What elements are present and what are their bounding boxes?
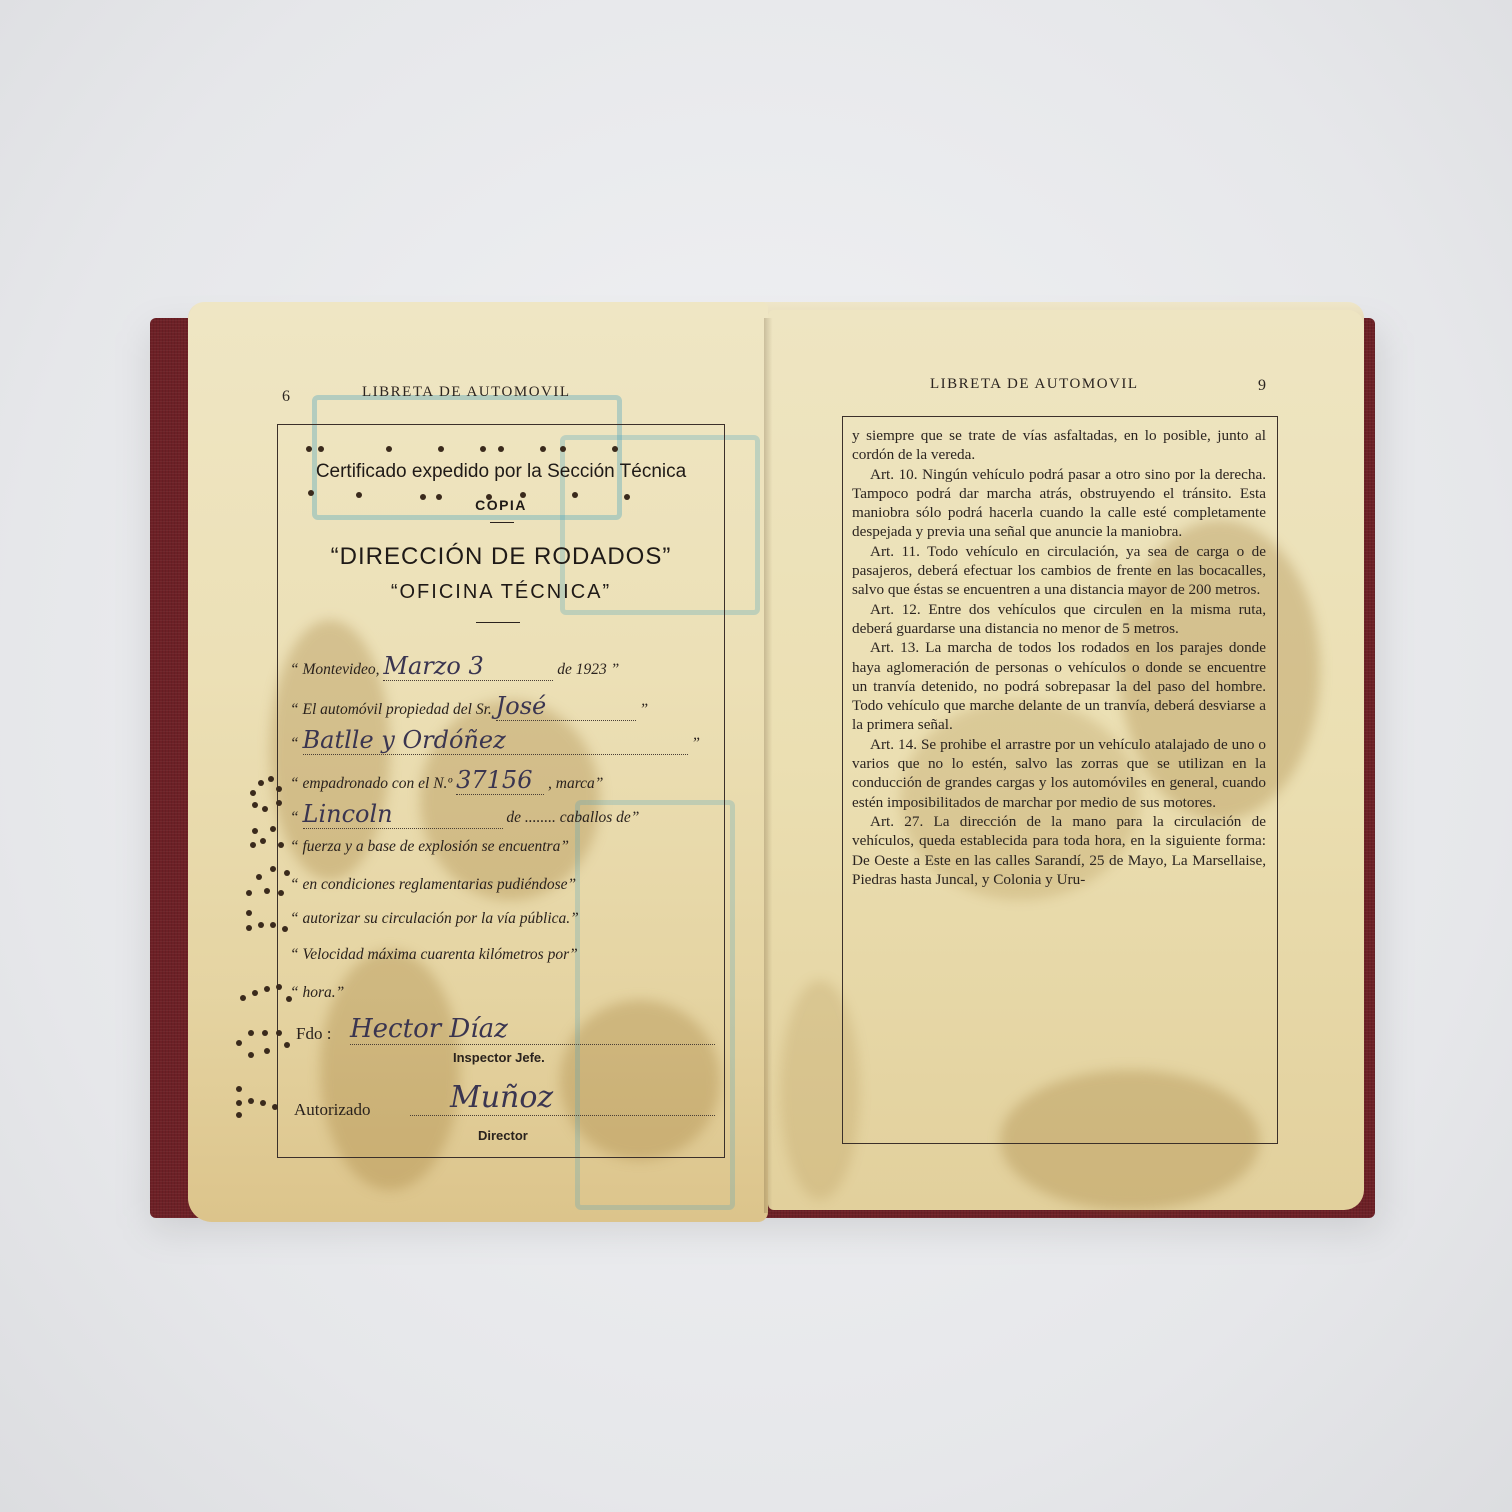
handwritten-surname: Batlle y Ordóñez: [303, 726, 688, 755]
handwritten-first-name: José: [496, 692, 636, 721]
article-11: Art. 11. Todo vehículo en circulación, y…: [852, 542, 1266, 600]
running-head: LIBRETA DE AUTOMOVIL: [930, 376, 1139, 393]
form-line: “ hora.”: [290, 984, 344, 1002]
form-line-make: “ Lincoln de ........ caballos de”: [290, 800, 639, 829]
divider: [476, 622, 520, 623]
regulations-text: y siempre que se trate de vías asfaltada…: [852, 426, 1266, 889]
form-line-date: “ Montevideo, Marzo 3 de 1923 ”: [290, 652, 619, 681]
form-line: “ en condiciones reglamentarias pudiéndo…: [290, 876, 576, 894]
copy-label: COPIA: [278, 497, 724, 513]
certificate-issuer: Certificado expedido por la Sección Técn…: [278, 461, 724, 483]
running-head: LIBRETA DE AUTOMOVIL: [362, 384, 571, 401]
director-signature: Muñoz: [410, 1080, 715, 1116]
inspector-signature: Hector Díaz: [350, 1014, 715, 1045]
form-line-owner-surname: “ Batlle y Ordóñez ”: [290, 726, 700, 755]
form-line: “ fuerza y a base de explosión se encuen…: [290, 838, 569, 856]
inspector-role: Inspector Jefe.: [453, 1050, 545, 1065]
page-number: 9: [1258, 377, 1266, 395]
page-number: 6: [282, 388, 290, 406]
book-gutter: [764, 318, 778, 1213]
form-line-speed-limit: “ Velocidad máxima cuarenta kilómetros p…: [290, 946, 578, 964]
authorized-label: Autorizado: [294, 1100, 370, 1120]
divider: [490, 522, 514, 523]
handwritten-registration-number: 37156: [456, 766, 544, 795]
article-14: Art. 14. Se prohibe el arrastre por un v…: [852, 735, 1266, 812]
signed-label: Fdo :: [296, 1024, 331, 1044]
form-line-registration: “ empadronado con el N.º 37156 , marca”: [290, 766, 603, 795]
article-27: Art. 27. La dirección de la mano para la…: [852, 812, 1266, 889]
article-13: Art. 13. La marcha de todos los rodados …: [852, 638, 1266, 734]
form-line: “ autorizar su circulación por la vía pú…: [290, 910, 579, 928]
paragraph-continuation: y siempre que se trate de vías asfaltada…: [852, 426, 1266, 465]
handwritten-date: Marzo 3: [383, 652, 553, 681]
department-title: “OFICINA TÉCNICA”: [278, 581, 724, 604]
office-title: “DIRECCIÓN DE RODADOS”: [278, 543, 724, 571]
director-role: Director: [478, 1128, 528, 1143]
form-line-owner: “ El automóvil propiedad del Sr. José ”: [290, 692, 648, 721]
article-12: Art. 12. Entre dos vehículos que circule…: [852, 600, 1266, 639]
handwritten-make: Lincoln: [303, 800, 503, 829]
article-10: Art. 10. Ningún vehículo podrá pasar a o…: [852, 465, 1266, 542]
